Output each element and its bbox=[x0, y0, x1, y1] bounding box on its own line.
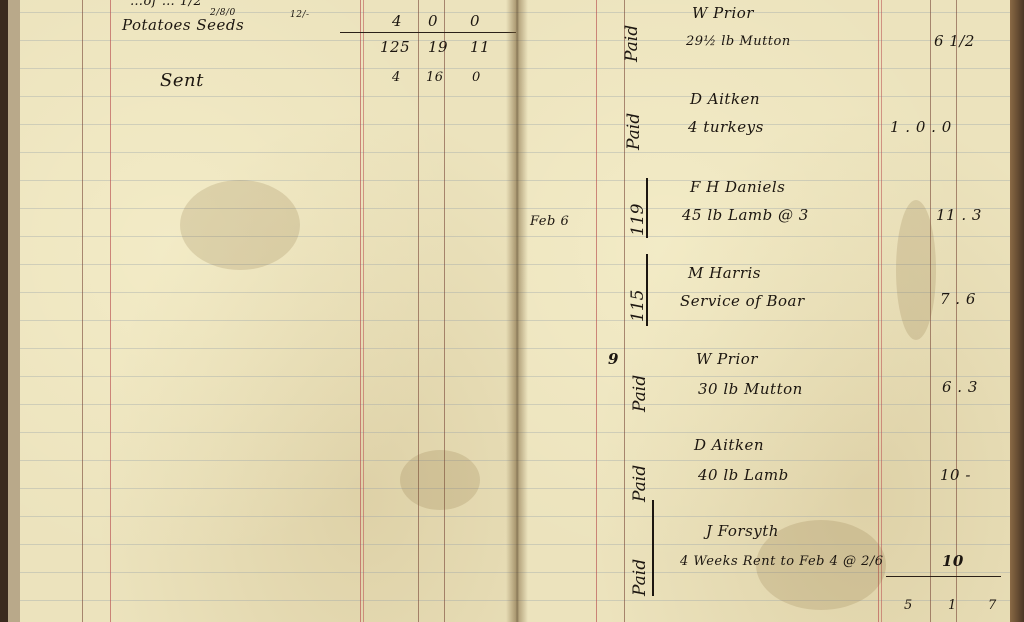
ref-marker: 119 bbox=[628, 204, 648, 236]
entry-item: 45 lb Lamb @ 3 bbox=[682, 206, 809, 224]
footer-pounds: 5 bbox=[904, 598, 913, 613]
ref-marker: 115 bbox=[628, 290, 648, 322]
sum-rule bbox=[886, 576, 1001, 577]
entry-item: 4 Weeks Rent to Feb 4 @ 2/6 bbox=[680, 554, 884, 569]
footer-pence: 7 bbox=[988, 598, 997, 613]
pence-cell: 0 bbox=[470, 12, 480, 30]
entry-amount: 6 1/2 bbox=[934, 32, 975, 50]
entry-item: 30 lb Mutton bbox=[698, 380, 803, 398]
entry-amount: 7 . 6 bbox=[940, 290, 976, 308]
entry-amount: 6 . 3 bbox=[942, 378, 978, 396]
left-page: …of … 1/2 Potatoes Seeds 2/8/0 12/- 4 0 … bbox=[8, 0, 516, 622]
ref-marker: Paid bbox=[630, 465, 650, 502]
ledger-spread: …of … 1/2 Potatoes Seeds 2/8/0 12/- 4 0 … bbox=[0, 0, 1024, 622]
entry-note: 2/8/0 bbox=[210, 8, 236, 18]
page-edge bbox=[1010, 0, 1024, 622]
ref-marker: Paid bbox=[630, 559, 650, 596]
entry-amount: 11 . 3 bbox=[936, 206, 982, 224]
entry-name: M Harris bbox=[688, 264, 761, 282]
entry-note: 12/- bbox=[290, 10, 310, 20]
sum-rule bbox=[340, 32, 516, 33]
entry-label: Sent bbox=[160, 70, 204, 91]
entry-item: 40 lb Lamb bbox=[698, 466, 789, 484]
entry-name: J Forsyth bbox=[706, 522, 779, 540]
total-shillings: 19 bbox=[428, 38, 448, 56]
entry-amount: 10 bbox=[942, 552, 964, 570]
total-pence: 11 bbox=[470, 38, 490, 56]
entry-name: D Aitken bbox=[694, 436, 764, 454]
entry-name: W Prior bbox=[696, 350, 758, 368]
pence-cell: 0 bbox=[472, 70, 481, 85]
total-pounds: 125 bbox=[380, 38, 410, 56]
shillings-cell: 16 bbox=[426, 70, 444, 85]
book-gutter bbox=[506, 0, 528, 622]
ref-marker: Paid bbox=[630, 375, 650, 412]
entry-name: W Prior bbox=[692, 4, 754, 22]
entry-date: 9 bbox=[608, 350, 619, 368]
right-page: Paid W Prior 29½ lb Mutton 6 1/2 Paid D … bbox=[516, 0, 1016, 622]
pounds-cell: 4 bbox=[392, 12, 402, 30]
entry-item: Service of Boar bbox=[680, 292, 805, 310]
entry-amount: 1 . 0 . 0 bbox=[890, 118, 952, 136]
footer-shillings: 1 bbox=[948, 598, 957, 613]
entry-name: F H Daniels bbox=[690, 178, 785, 196]
ref-marker: Paid bbox=[622, 25, 642, 62]
ref-marker: Paid bbox=[624, 113, 644, 150]
entry-amount: 10 - bbox=[940, 466, 971, 484]
entry-date: Feb 6 bbox=[530, 214, 569, 229]
shillings-cell: 0 bbox=[428, 12, 438, 30]
entry-item: 29½ lb Mutton bbox=[686, 34, 791, 49]
pounds-cell: 4 bbox=[392, 70, 401, 85]
entry-item: 4 turkeys bbox=[688, 118, 764, 136]
entry-name: D Aitken bbox=[690, 90, 760, 108]
header-fragment: …of … 1/2 bbox=[130, 0, 202, 9]
entry-label: Potatoes Seeds bbox=[122, 16, 244, 34]
